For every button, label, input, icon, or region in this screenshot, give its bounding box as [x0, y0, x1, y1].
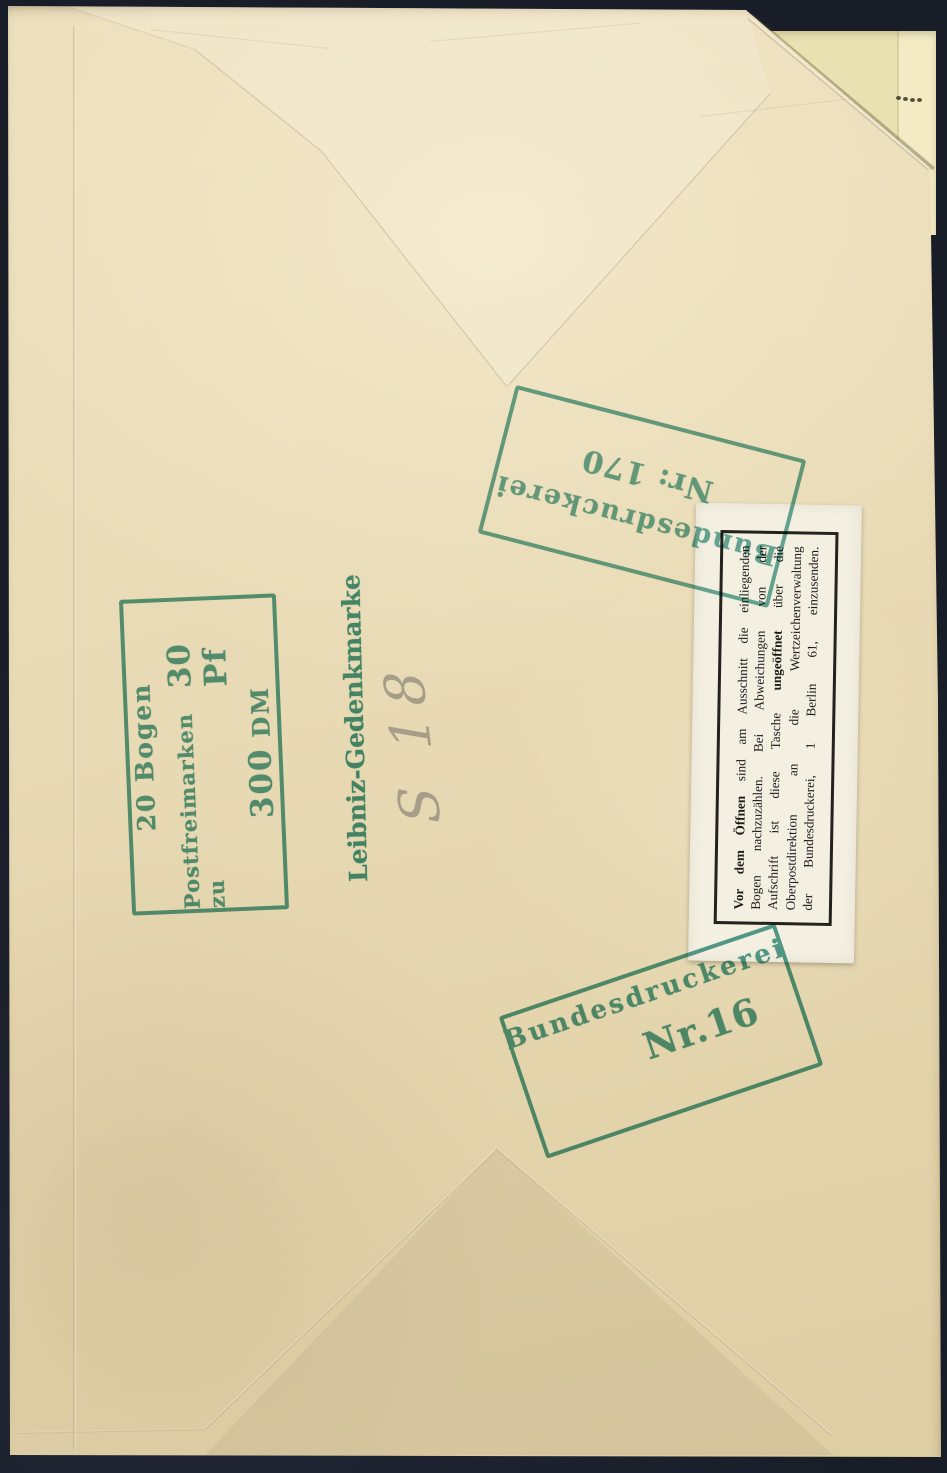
fold-crease	[73, 25, 76, 1450]
stamp-total-amount: 300	[242, 747, 281, 819]
stamp-total-currency: DM	[245, 685, 276, 738]
stamp-denomination-label: Postfreimarken zu	[171, 696, 230, 910]
fold-crease	[194, 48, 322, 152]
perforation-dot	[910, 98, 915, 102]
stamp-denomination-value: 30 Pf	[159, 599, 235, 689]
perforation-dot	[917, 98, 922, 102]
fold-crease	[12, 1428, 205, 1434]
fold-crease	[70, 6, 196, 50]
rubber-stamp-contents: 20 Bogen Postfreimarken zu 30 Pf 300 DM	[119, 593, 289, 915]
fold-crease	[204, 1149, 497, 1430]
stamp-total-value: 300 DM	[240, 685, 282, 819]
fold-crease	[700, 97, 850, 117]
wrinkle	[150, 28, 329, 49]
stamp-sheet-count: 20 Bogen	[126, 682, 161, 832]
rubber-stamp-leibniz: Leibniz-Gedenkmarke	[335, 632, 378, 883]
perforation-dot	[903, 97, 908, 101]
photo-scene: S 18 Vor dem Öffnen sind am Ausschnitt d…	[0, 0, 947, 1473]
fold-crease	[321, 150, 507, 386]
fold-crease	[506, 92, 771, 387]
stamp-denomination: Postfreimarken zu 30 Pf	[159, 599, 244, 910]
fold-crease	[496, 1148, 833, 1437]
wrinkle	[430, 22, 639, 42]
perforation-dot	[896, 96, 901, 100]
